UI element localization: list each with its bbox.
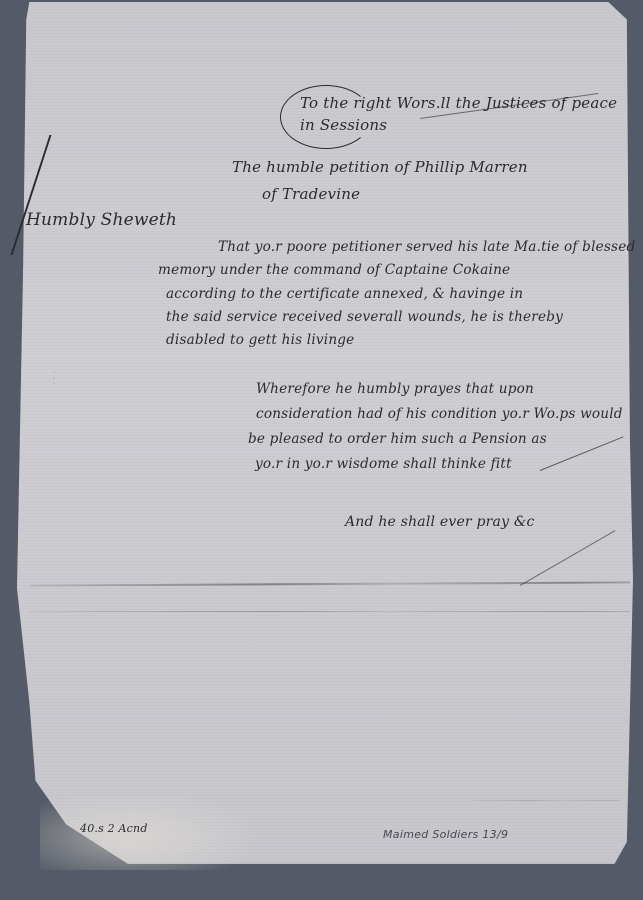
fold-crease	[30, 611, 630, 612]
faded-marginalia: · · ·	[50, 371, 60, 385]
prayer-line: be pleased to order him such a Pension a…	[248, 431, 547, 447]
address-line-2: in Sessions	[300, 114, 617, 136]
prayer-line: yo.r in yo.r wisdome shall thinke fitt	[255, 456, 512, 472]
body-line: disabled to gett his livinge	[166, 332, 354, 348]
closing-line: And he shall ever pray &c	[345, 514, 535, 530]
bottom-note: 40.s 2 Acnd	[80, 822, 148, 835]
paper-stain	[40, 790, 260, 870]
prayer-line: consideration had of his condition yo.r …	[256, 406, 623, 422]
petition-title: The humble petition of Phillip Marren	[232, 158, 528, 176]
salutation: Humbly Sheweth	[26, 210, 177, 230]
fold-crease	[470, 800, 620, 801]
body-line: the said service received severall wound…	[166, 309, 563, 325]
archive-reference: Maimed Soldiers 13/9	[383, 828, 508, 841]
body-line: according to the certificate annexed, & …	[166, 286, 523, 302]
address-block: To the right Wors.ll the Justices of pea…	[300, 92, 617, 136]
petition-place: of Tradevine	[262, 185, 360, 203]
prayer-line: Wherefore he humbly prayes that upon	[256, 381, 534, 397]
body-line: That yo.r poore petitioner served his la…	[218, 239, 635, 255]
body-line: memory under the command of Captaine Cok…	[158, 262, 510, 278]
